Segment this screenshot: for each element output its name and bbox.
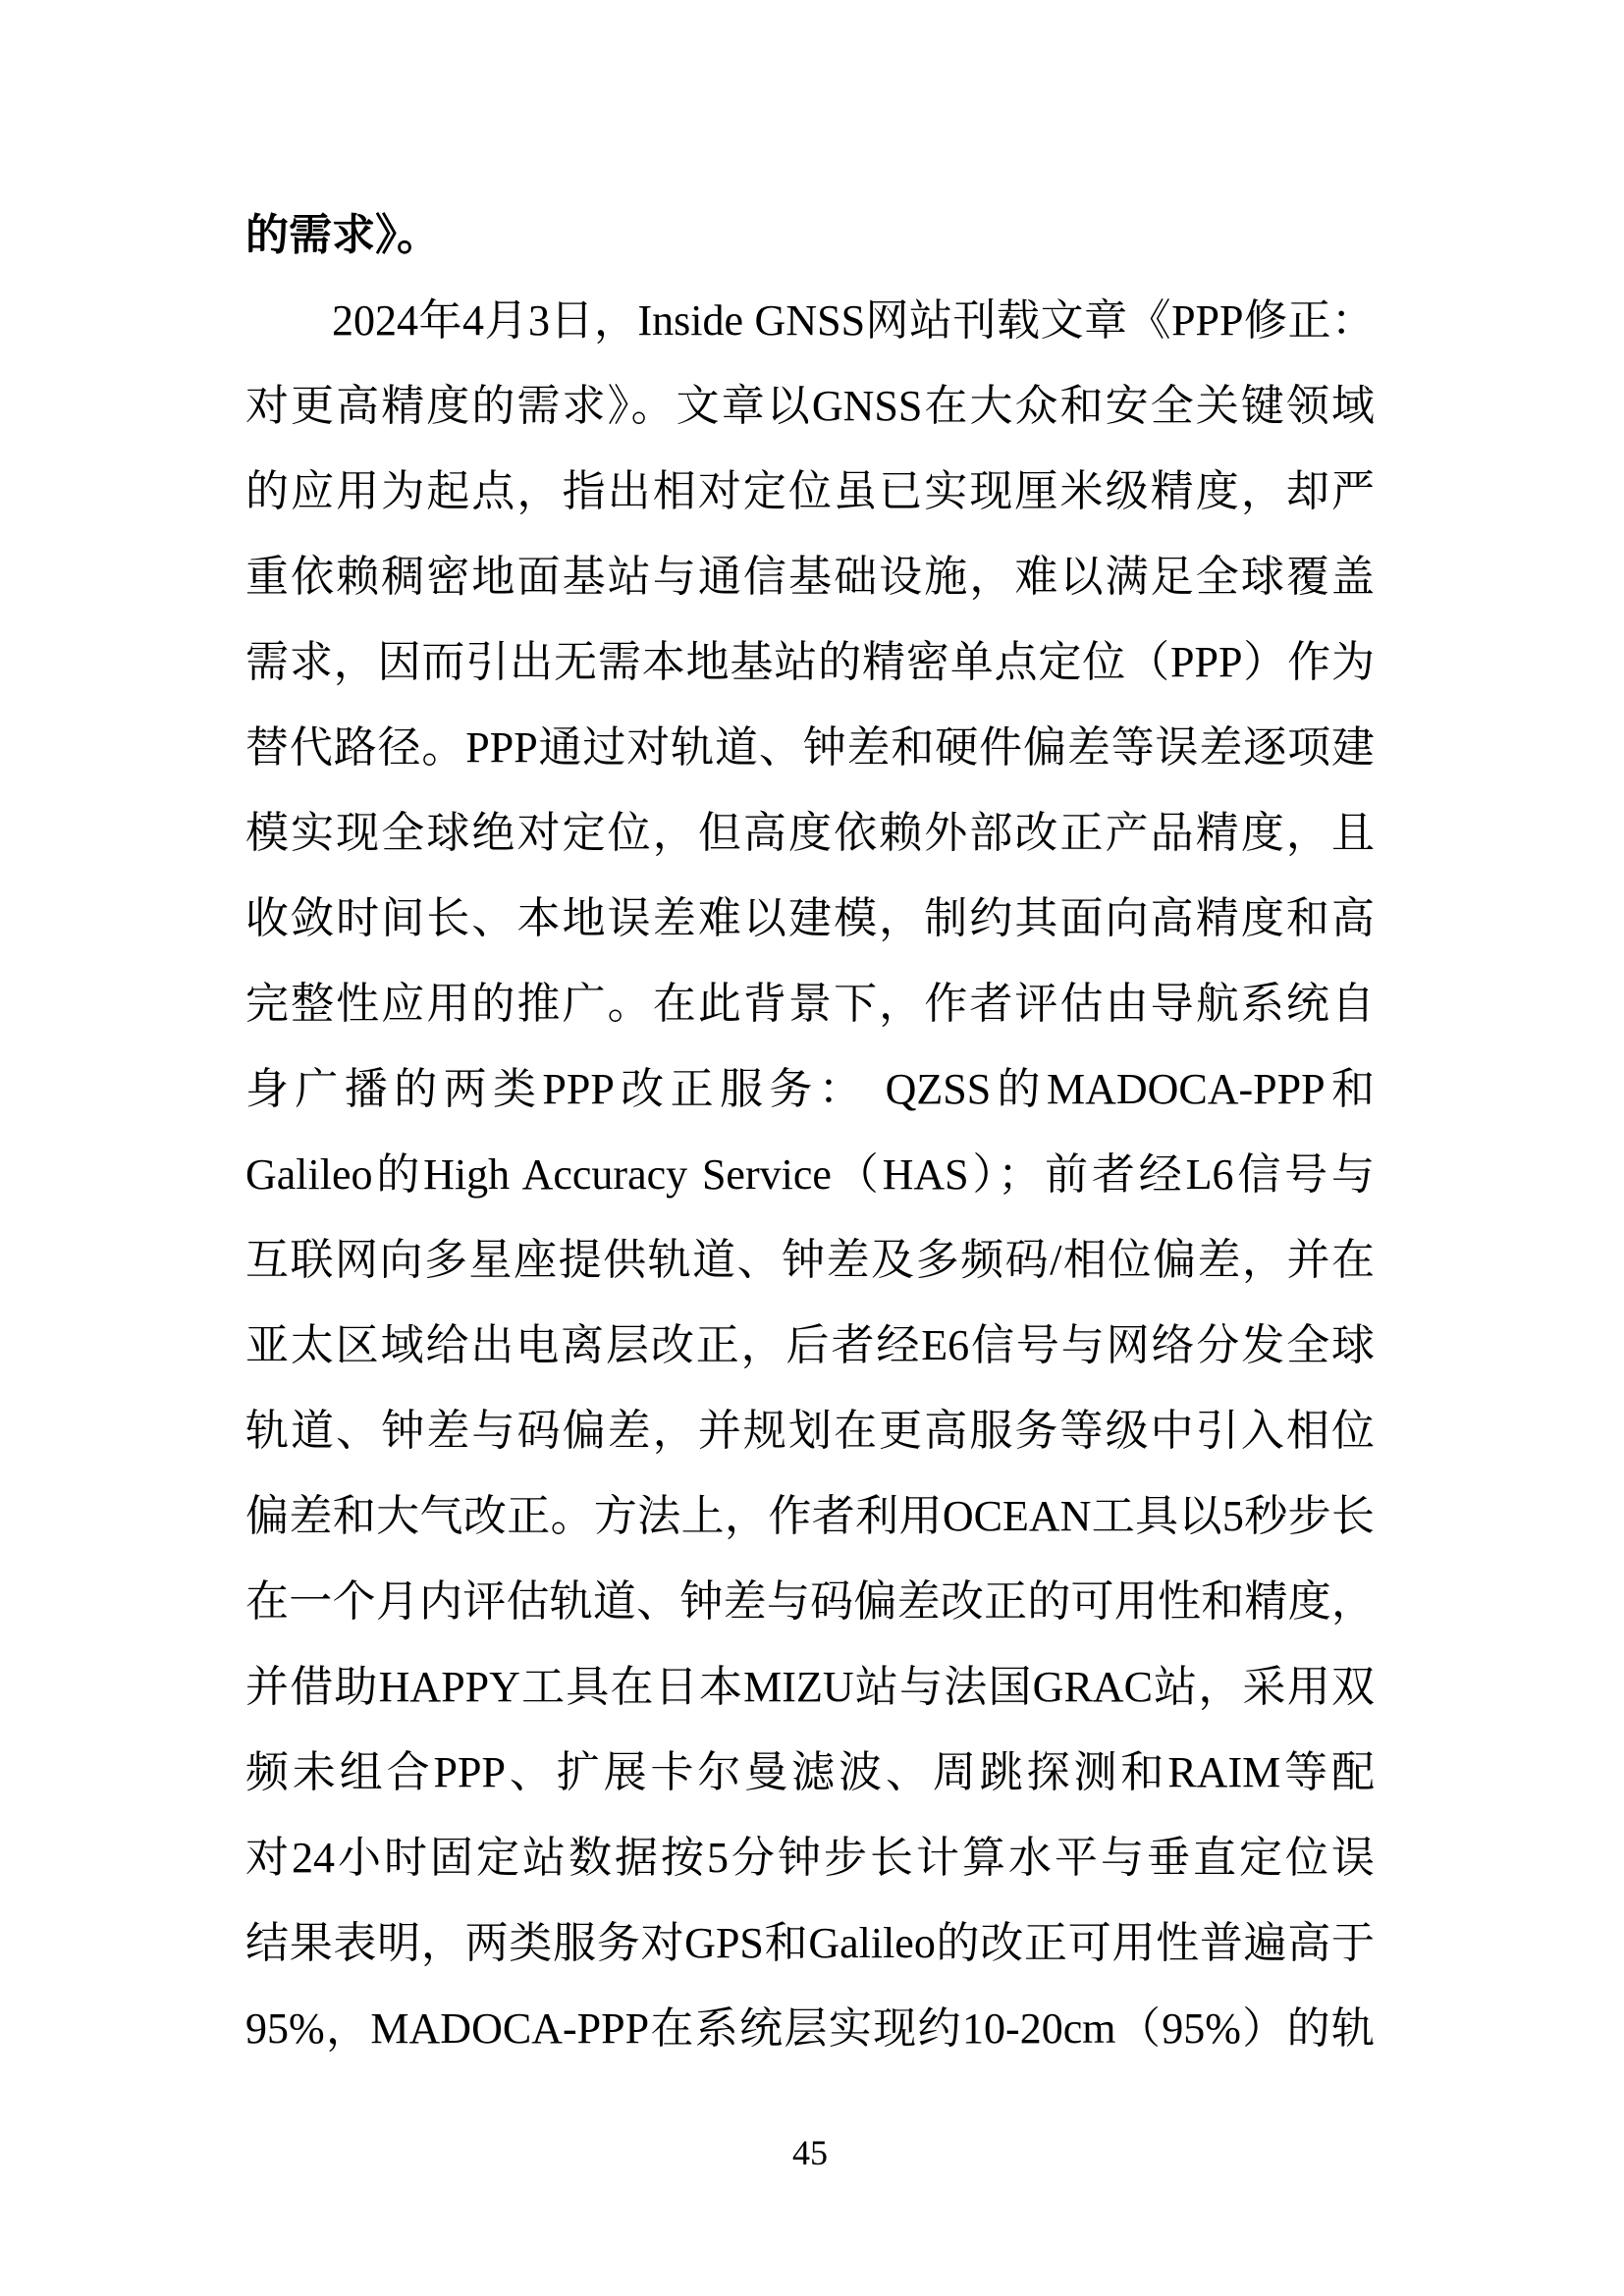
text-line: Galileo的High Accuracy Service（HAS）；前者经L6… [245, 1132, 1375, 1217]
text-line: 对更高精度的需求》。文章以GNSS在大众和安全关键领域 [245, 363, 1375, 449]
text-line: 亚太区域给出电离层改正，后者经E6信号与网络分发全球 [245, 1303, 1375, 1388]
text-line: 互联网向多星座提供轨道、钟差及多频码/相位偏差，并在 [245, 1217, 1375, 1303]
text-line: 95%，MADOCA-PPP在系统层实现约10-20cm（95%）的轨 [245, 1986, 1375, 2071]
text-line: 的应用为起点，指出相对定位虽已实现厘米级精度，却严 [245, 449, 1375, 534]
text-line: 结果表明，两类服务对GPS和Galileo的改正可用性普遍高于 [245, 1900, 1375, 1986]
text-line: 2024年4月3日，Inside GNSS网站刊载文章《PPP修正： [245, 278, 1375, 363]
page-number: 45 [245, 2128, 1375, 2177]
text-line: 完整性应用的推广。在此背景下，作者评估由导航系统自 [245, 961, 1375, 1046]
document-page: 的需求》。2024年4月3日，Inside GNSS网站刊载文章《PPP修正：对… [0, 0, 1624, 2296]
text-line: 模实现全球绝对定位，但高度依赖外部改正产品精度，且 [245, 790, 1375, 876]
text-lines: 的需求》。2024年4月3日，Inside GNSS网站刊载文章《PPP修正：对… [245, 192, 1375, 2071]
text-line: 收敛时间长、本地误差难以建模，制约其面向高精度和高 [245, 876, 1375, 961]
text-line: 的需求》。 [245, 192, 1375, 278]
text-line: 重依赖稠密地面基站与通信基础设施，难以满足全球覆盖 [245, 534, 1375, 619]
text-line: 身广播的两类PPP改正服务： QZSS的MADOCA-PPP和 [245, 1046, 1375, 1132]
text-line: 频未组合PPP、扩展卡尔曼滤波、周跳探测和RAIM等配置， [245, 1730, 1375, 1815]
text-line: 偏差和大气改正。方法上，作者利用OCEAN工具以5秒步长 [245, 1473, 1375, 1559]
text-line: 需求，因而引出无需本地基站的精密单点定位（PPP）作为 [245, 619, 1375, 705]
text-line: 替代路径。PPP通过对轨道、钟差和硬件偏差等误差逐项建 [245, 705, 1375, 790]
text-line: 在一个月内评估轨道、钟差与码偏差改正的可用性和精度， [245, 1559, 1375, 1644]
text-line: 对24小时固定站数据按5分钟步长计算水平与垂直定位误差。 [245, 1815, 1375, 1900]
text-line: 并借助HAPPY工具在日本MIZU站与法国GRAC站，采用双 [245, 1644, 1375, 1730]
text-line: 轨道、钟差与码偏差，并规划在更高服务等级中引入相位 [245, 1388, 1375, 1473]
